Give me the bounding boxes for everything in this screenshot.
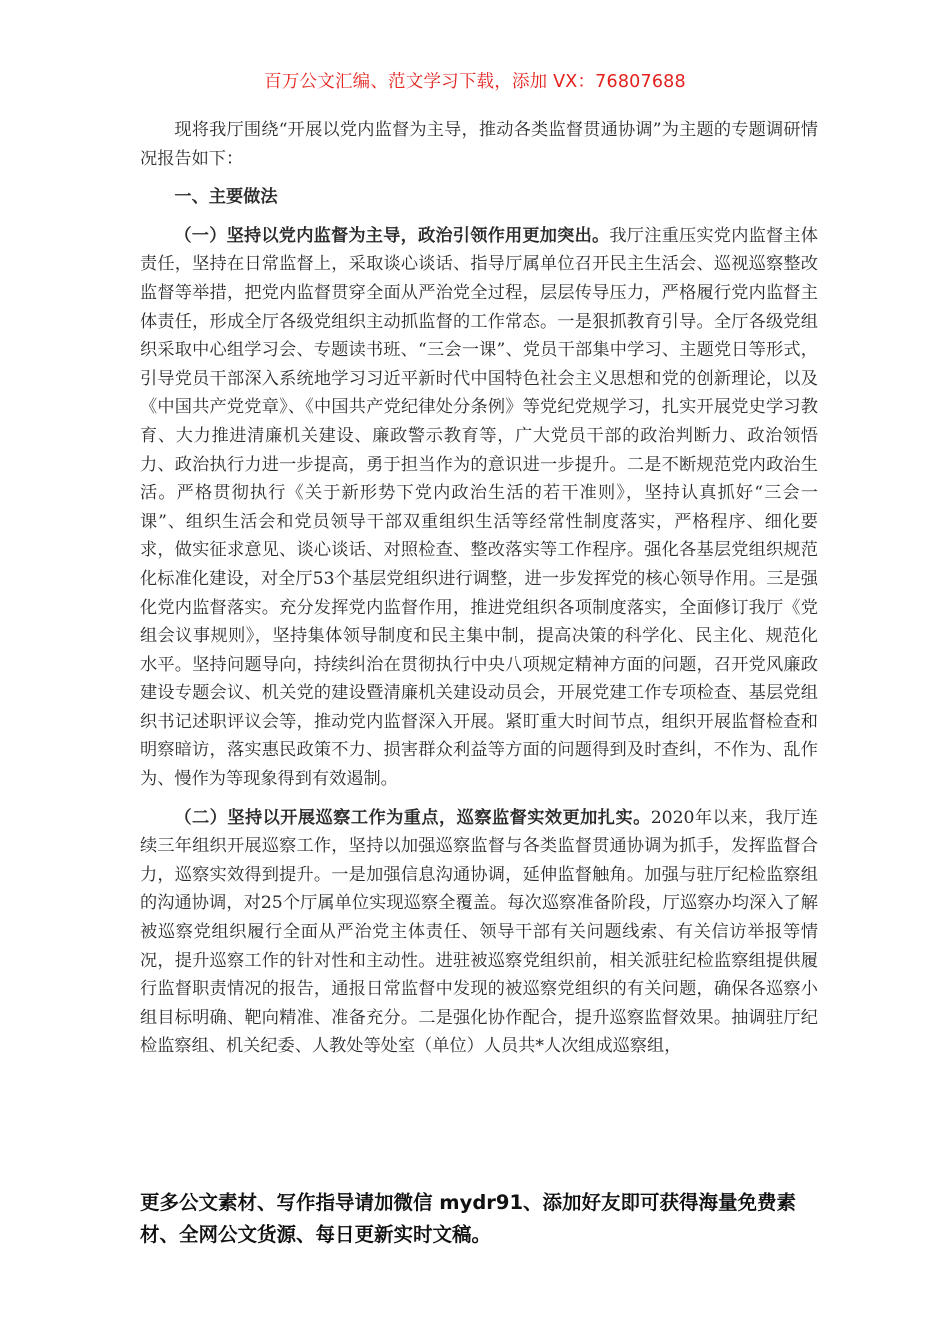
subsection-body: 我厅注重压实党内监督主体责任，坚持在日常监督上，采取谈心谈话、指导厅属单位召开民… [140, 226, 818, 789]
subsection-title: （一）坚持以党内监督为主导，政治引领作用更加突出。 [174, 226, 609, 246]
document-page: 百万公文汇编、范文学习下载，添加 VX：76807688 现将我厅围绕“开展以党… [0, 0, 950, 1344]
footer-banner: 更多公文素材、写作指导请加微信 mydr91、添加好友即可获得海量免费素材、全网… [140, 1187, 830, 1251]
subsection-paragraph: （一）坚持以党内监督为主导，政治引领作用更加突出。我厅注重压实党内监督主体责任，… [140, 222, 818, 794]
subsection-paragraph: （二）坚持以开展巡察工作为重点，巡察监督实效更加扎实。2020年以来，我厅连续三… [140, 804, 818, 1061]
intro-paragraph: 现将我厅围绕“开展以党内监督为主导，推动各类监督贯通协调”为主题的专题调研情况报… [140, 116, 818, 173]
document-body: 现将我厅围绕“开展以党内监督为主导，推动各类监督贯通协调”为主题的专题调研情况报… [140, 116, 818, 1061]
subsection-title: （二）坚持以开展巡察工作为重点，巡察监督实效更加扎实。 [174, 808, 650, 828]
subsection-body: 2020年以来，我厅连续三年组织开展巡察工作，坚持以加强巡察监督与各类监督贯通协… [140, 808, 818, 1057]
header-banner: 百万公文汇编、范文学习下载，添加 VX：76807688 [0, 68, 950, 93]
section-heading: 一、主要做法 [140, 183, 818, 212]
